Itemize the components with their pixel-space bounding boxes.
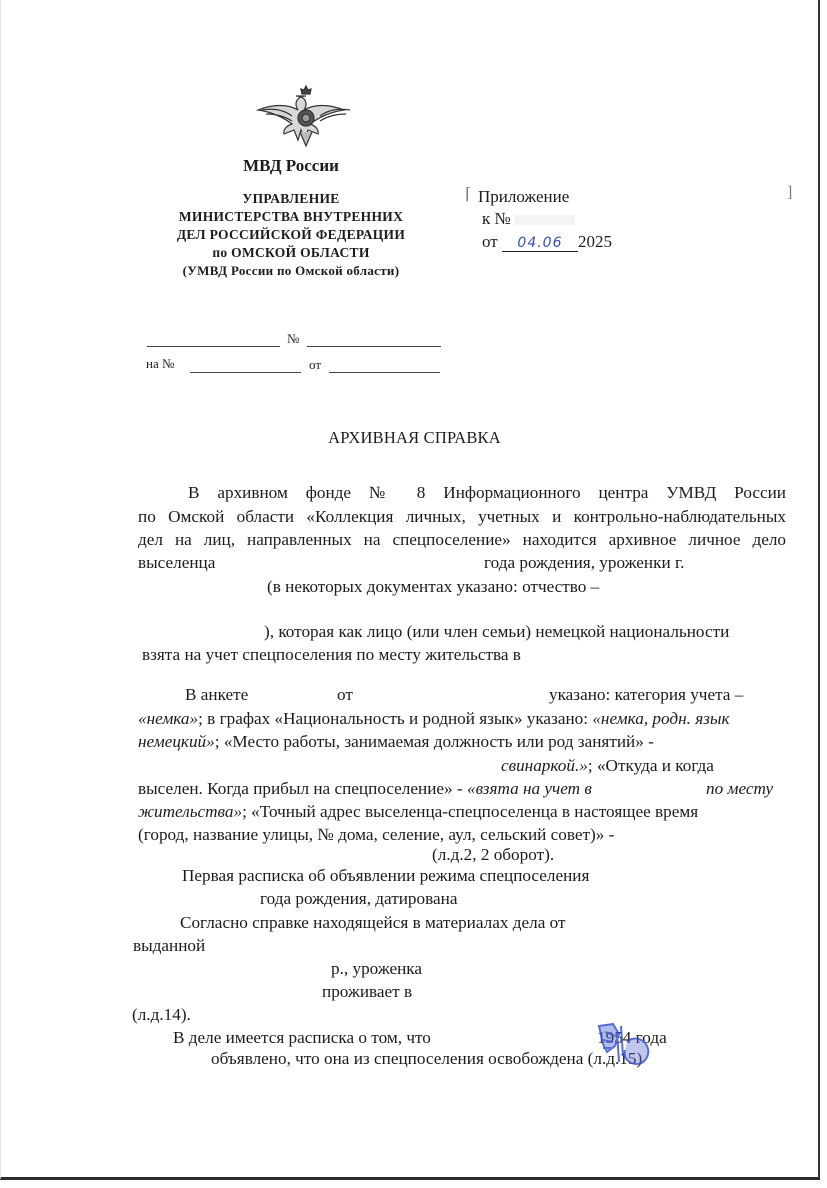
body-line: года рождения, датирована — [260, 889, 457, 909]
body-line: проживает в — [322, 982, 412, 1002]
body-line: (л.д.2, 2 оборот). — [432, 845, 554, 865]
mvd-eagle-emblem-icon — [256, 84, 356, 154]
body-line: выселен. Когда прибыл на спецпоселение» … — [138, 779, 786, 799]
body-line: «немка»; в графах «Национальность и родн… — [138, 709, 786, 729]
agency-short-name: МВД России — [1, 156, 581, 176]
body-line: по Омской области «Коллекция личных, уче… — [138, 507, 786, 527]
body-line: свинаркой.»; «Откуда и когда — [501, 756, 714, 776]
body-line: (город, название улицы, № дома, селение,… — [138, 825, 786, 845]
body-line: взята на учет спецпоселения по месту жит… — [142, 645, 521, 665]
body-line: немецкий»; «Место работы, занимаемая дол… — [138, 732, 786, 752]
body-line: от — [337, 685, 353, 705]
body-line: по месту — [706, 779, 773, 799]
outgoing-date-line — [147, 346, 280, 347]
reference-number-line — [190, 372, 301, 373]
appendix-number: к № — [482, 209, 575, 229]
reference-from-label: от — [309, 357, 321, 373]
redacted-number — [515, 215, 575, 225]
appendix-date-prefix: от — [482, 232, 498, 251]
body-line: В анкете — [185, 685, 248, 705]
body-line: (л.д.14). — [132, 1005, 191, 1025]
appendix-label: Приложение — [478, 187, 569, 207]
bracket-left-icon: ⌈ — [465, 184, 471, 204]
document-page: МВД России УПРАВЛЕНИЕ МИНИСТЕРСТВА ВНУТР… — [0, 0, 820, 1180]
body-line: (в некоторых документах указано: отчеств… — [267, 577, 599, 597]
archive-seal-stamp-icon — [593, 1022, 655, 1074]
reference-number-label: на № — [146, 356, 174, 372]
handwritten-date: 04.06 — [502, 235, 578, 252]
body-line: Первая расписка об объявлении режима спе… — [182, 866, 589, 886]
agency-line-5: (УМВД России по Омской области) — [1, 263, 581, 279]
appendix-date: от 04.062025 — [482, 232, 612, 252]
body-line: выданной — [133, 936, 205, 956]
body-line: выселенца — [138, 553, 786, 573]
body-line: жительства»; «Точный адрес выселенца-спе… — [138, 802, 786, 822]
outgoing-number-line — [307, 346, 441, 347]
bracket-right-icon: ] — [787, 184, 792, 202]
body-line: года рождения, уроженки г. — [484, 553, 684, 573]
body-line: В деле имеется расписка о том, что — [173, 1028, 431, 1048]
appendix-number-prefix: к № — [482, 209, 511, 228]
reference-date-line — [329, 372, 440, 373]
body-line: р., уроженка — [331, 959, 422, 979]
appendix-year: 2025 — [578, 232, 612, 251]
outgoing-number-sign: № — [287, 331, 299, 347]
body-line: ), которая как лицо (или член семьи) нем… — [264, 622, 729, 642]
body-line: дел на лиц, направленных на спецпоселени… — [138, 530, 786, 550]
document-title: АРХИВНАЯ СПРАВКА — [1, 428, 827, 448]
body-line: указано: категория учета – — [549, 685, 743, 705]
body-line: Согласно справке находящейся в материала… — [180, 913, 566, 933]
body-line: объявлено, что она из спецпоселения осво… — [211, 1049, 642, 1069]
body-line: В архивном фонде № 8 Информационного цен… — [188, 483, 786, 503]
